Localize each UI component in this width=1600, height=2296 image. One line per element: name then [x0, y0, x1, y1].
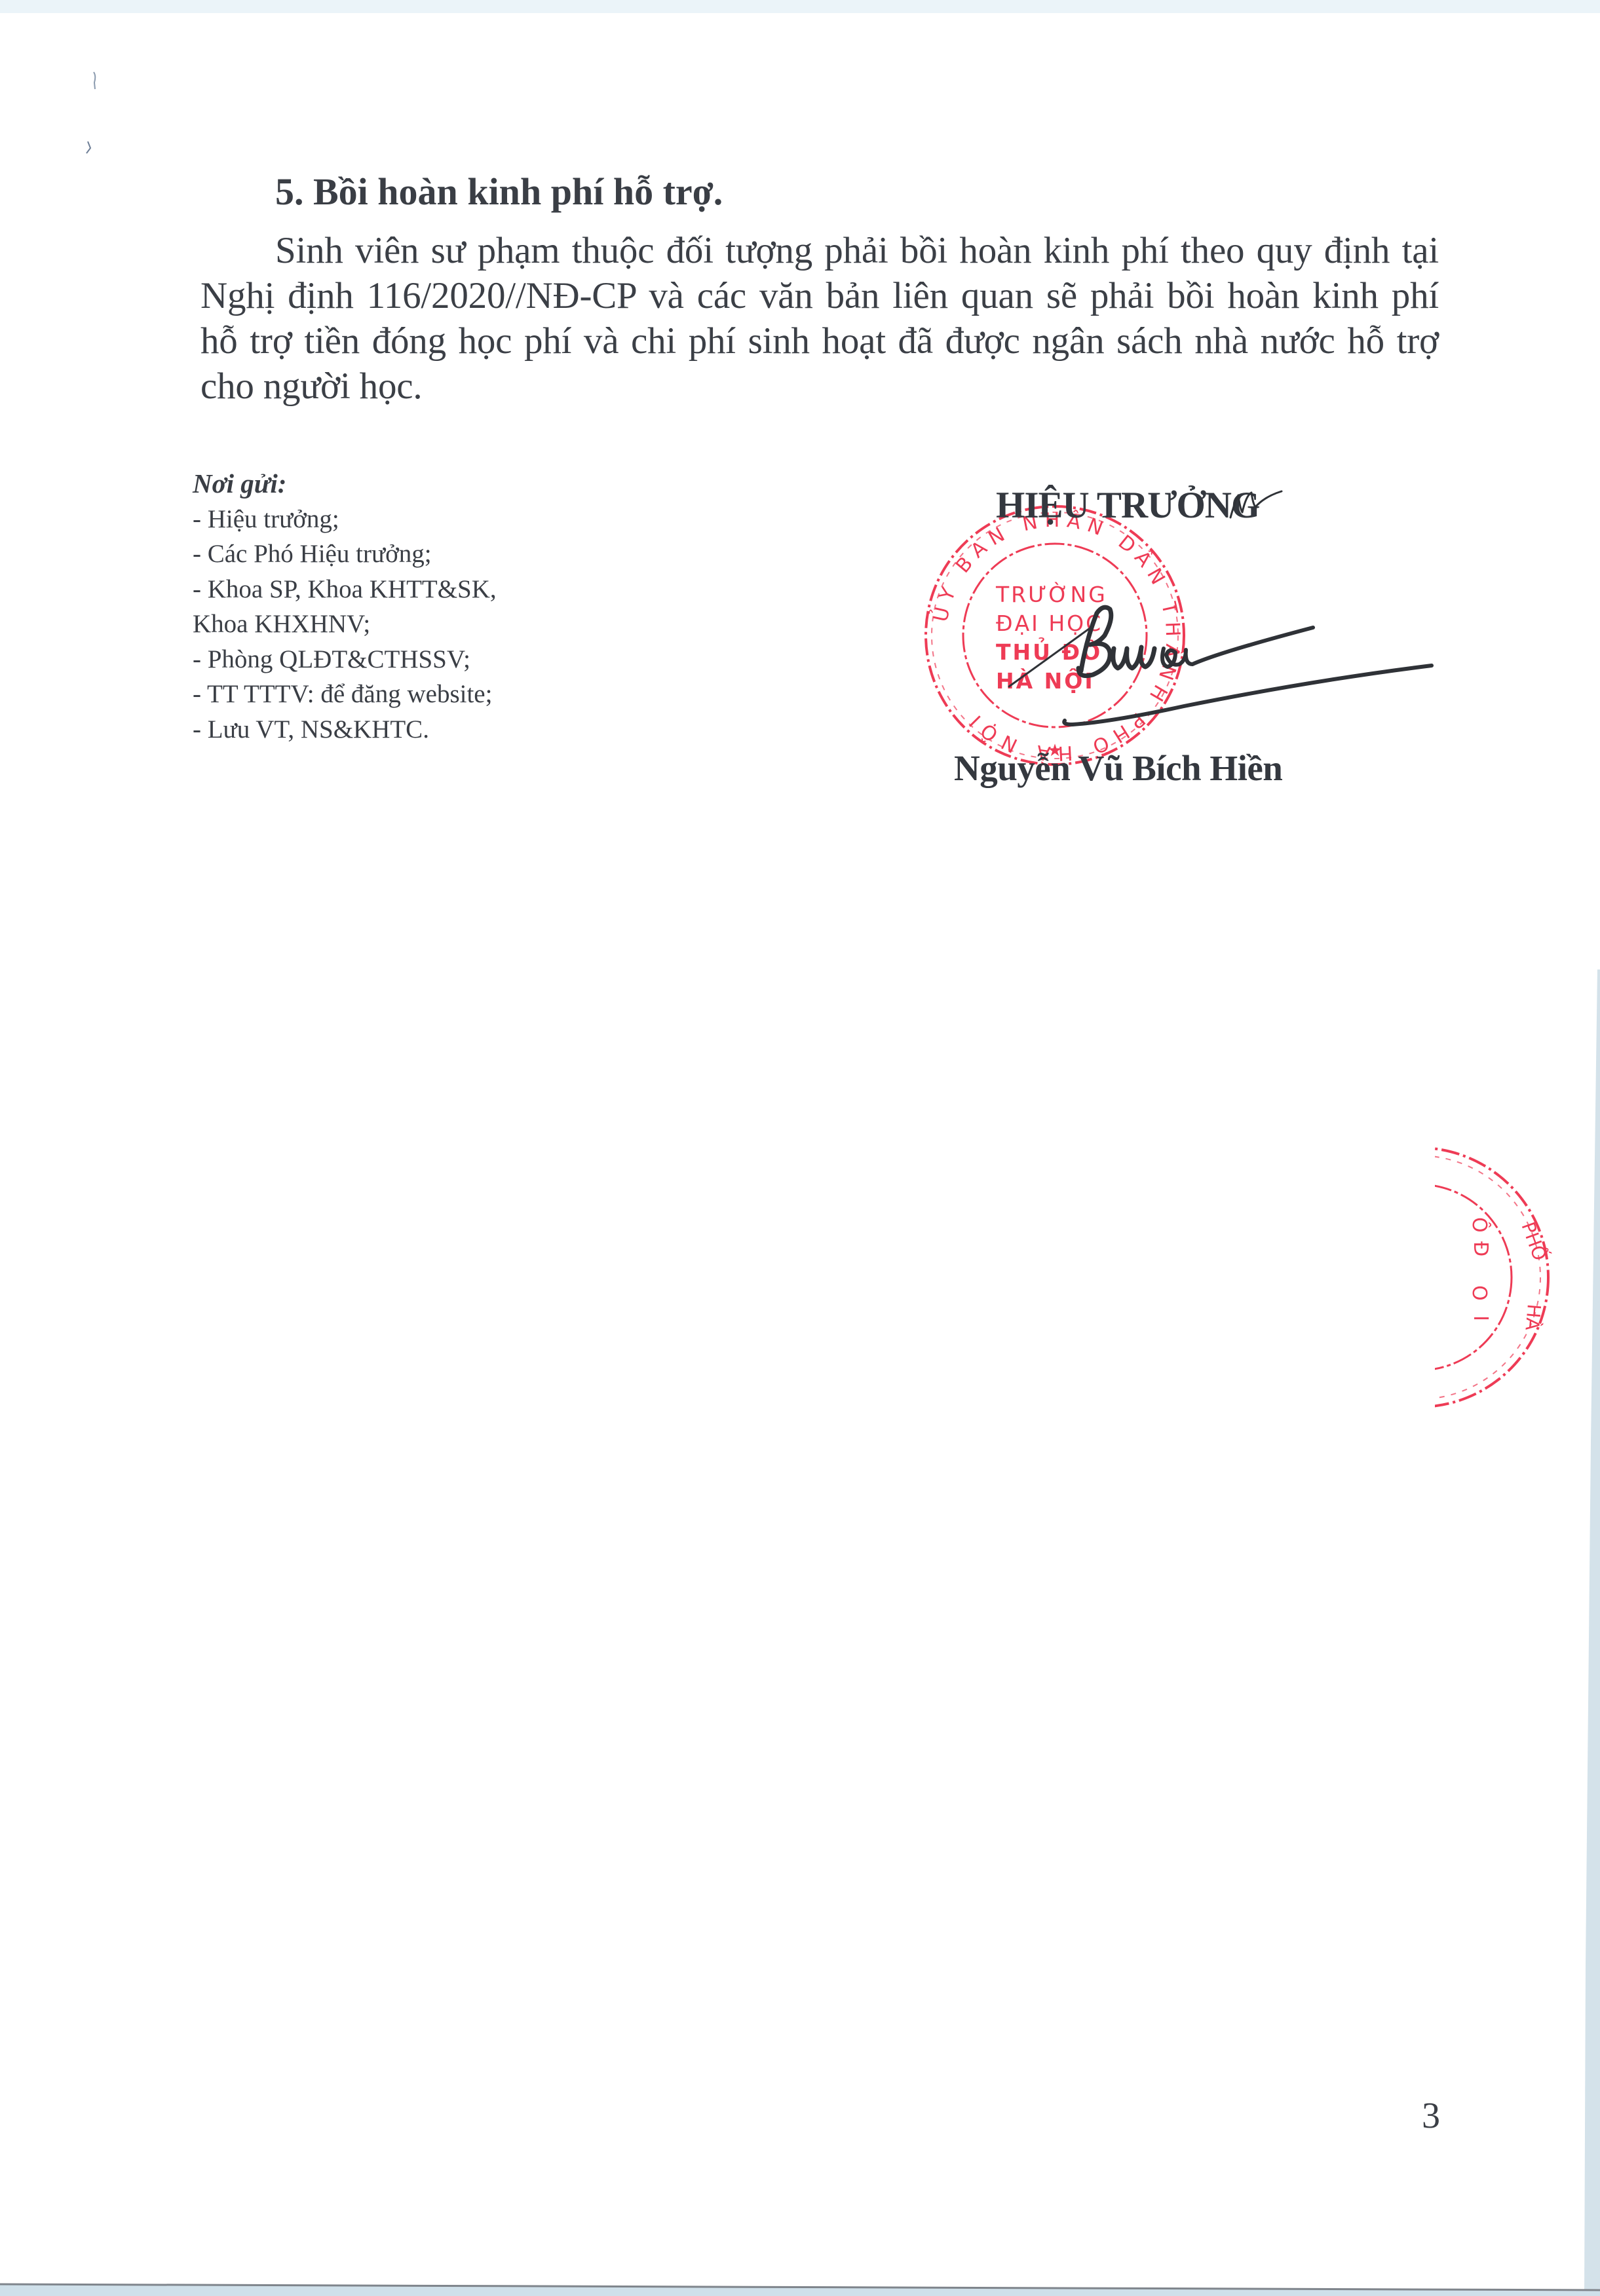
recipient-item: - Phòng QLĐT&CTHSSV;	[193, 642, 497, 677]
stamp-line: ĐẠI HỌC	[996, 609, 1107, 638]
recipient-item: - Khoa SP, Khoa KHTT&SK,	[193, 572, 497, 607]
svg-text:PHỐ: PHỐ	[1517, 1218, 1553, 1264]
svg-text:Ð: Ð	[1469, 1241, 1492, 1256]
recipient-item: - Hiệu trưởng;	[193, 502, 497, 537]
signer-name: Nguyễn Vũ Bích Hiền	[954, 747, 1282, 790]
recipient-item: - Các Phó Hiệu trưởng;	[193, 536, 497, 572]
recipient-item: - TT TTTV: để đăng website;	[193, 677, 497, 712]
body-paragraph: Sinh viên sư phạm thuộc đối tượng phải b…	[200, 228, 1439, 409]
signer-title: HIỆU TRƯỞNG	[996, 485, 1259, 527]
paragraph-line: Nghị định 116/2020//NĐ-CP và các văn bản…	[200, 273, 1439, 318]
stamp-line: THỦ ĐÔ	[996, 638, 1107, 667]
recipients-list: Nơi gửi: - Hiệu trưởng; - Các Phó Hiệu t…	[193, 466, 497, 747]
section-heading: 5. Bồi hoàn kinh phí hỗ trợ.	[275, 169, 723, 215]
partial-stamp: PHỐ HÀ Ô Ð O I	[1409, 1140, 1600, 1415]
svg-text:HÀ: HÀ	[1521, 1303, 1546, 1331]
stamp-center-text: TRƯỜNG ĐẠI HỌC THỦ ĐÔ HÀ NỘI	[996, 580, 1107, 696]
recipient-item: - Lưu VT, NS&KHTC.	[193, 712, 497, 747]
recipients-title: Nơi gửi:	[193, 466, 497, 502]
paragraph-line: Sinh viên sư phạm thuộc đối tượng phải b…	[200, 228, 1439, 273]
svg-text:I: I	[1469, 1315, 1492, 1321]
svg-text:O: O	[1468, 1285, 1491, 1301]
recipient-item: Khoa KHXHNV;	[193, 607, 497, 642]
svg-text:Ô: Ô	[1468, 1217, 1492, 1233]
paragraph-line: cho người học.	[200, 364, 1439, 409]
paragraph-line: hỗ trợ tiền đóng học phí và chi phí sinh…	[200, 318, 1439, 364]
page-number: 3	[1422, 2096, 1440, 2136]
stamp-line: TRƯỜNG	[996, 580, 1107, 609]
stamp-line: HÀ NỘI	[996, 667, 1107, 696]
